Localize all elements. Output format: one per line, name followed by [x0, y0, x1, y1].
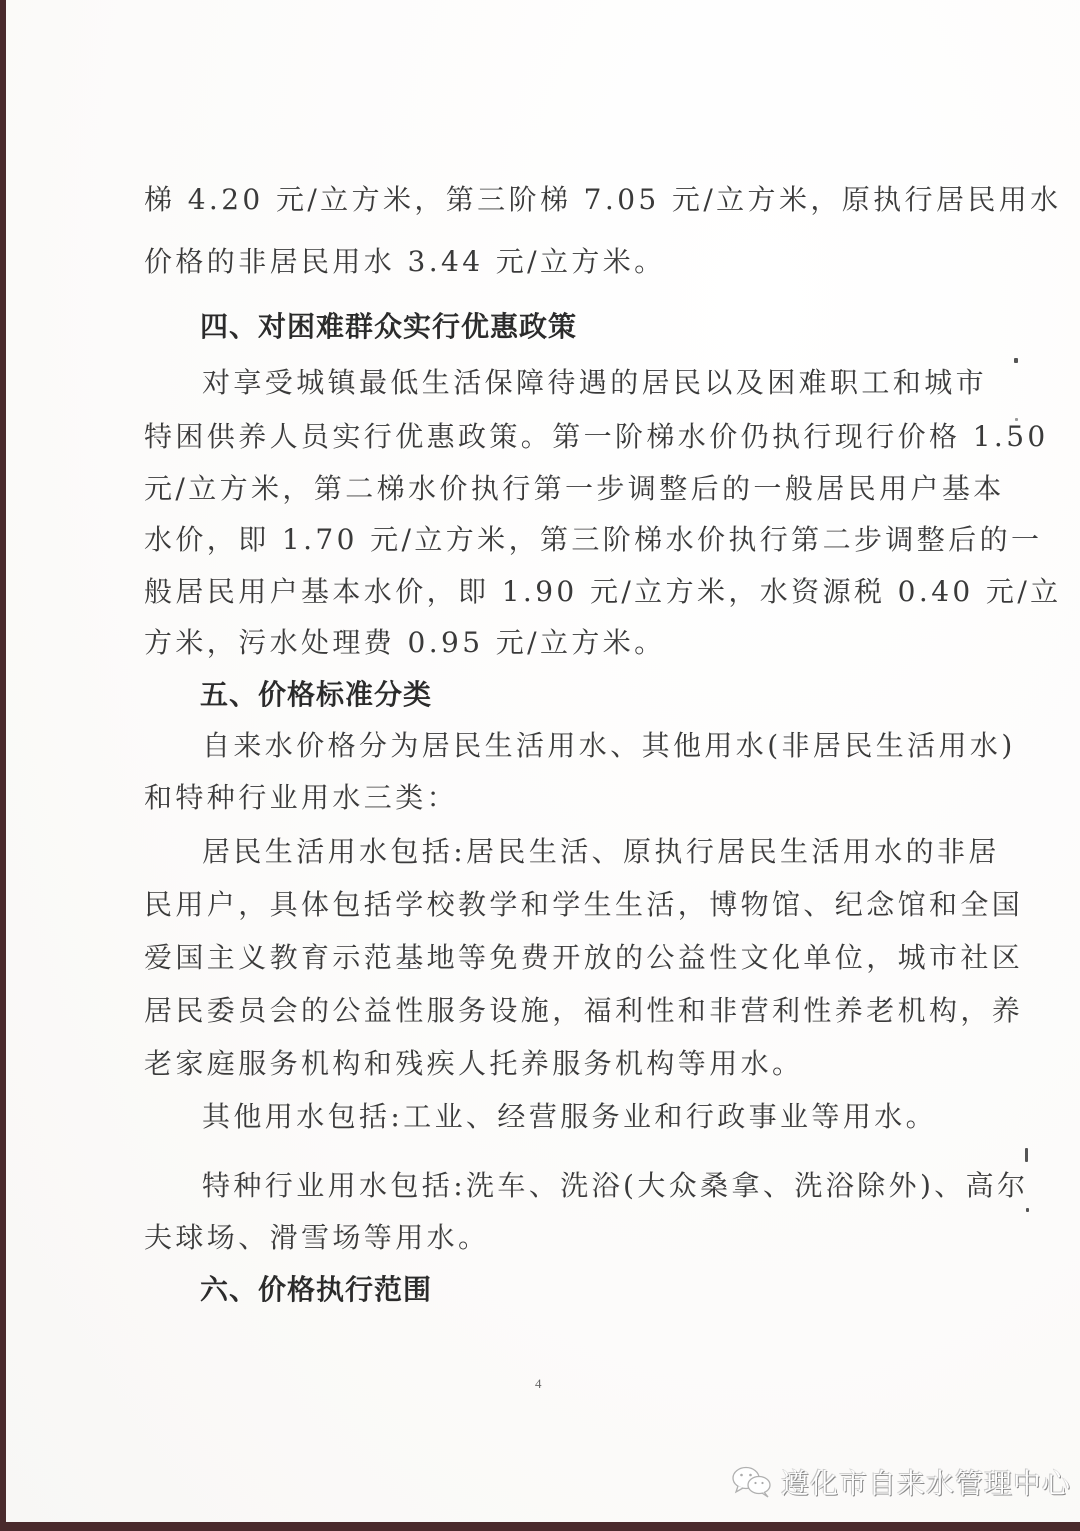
page-number: 4	[535, 1376, 542, 1392]
section-heading-5: 五、价格标准分类	[200, 680, 432, 709]
body-line: 水价，即 1.70 元/立方米，第三阶梯水价执行第二步调整后的一	[144, 525, 1042, 554]
body-line: 老家庭服务机构和残疾人托养服务机构等用水。	[144, 1049, 803, 1078]
body-line: 爱国主义教育示范基地等免费开放的公益性文化单位，城市社区	[144, 943, 1023, 972]
scan-speck	[1026, 1208, 1029, 1212]
section-heading-4: 四、对困难群众实行优惠政策	[200, 312, 577, 341]
body-line: 对享受城镇最低生活保障待遇的居民以及困难职工和城市	[202, 368, 987, 397]
body-line: 夫球场、滑雪场等用水。	[144, 1223, 489, 1252]
scan-speck	[1025, 1148, 1028, 1162]
body-line: 梯 4.20 元/立方米，第三阶梯 7.05 元/立方米，原执行居民用水	[144, 185, 1062, 214]
scan-speck	[1015, 418, 1018, 421]
body-line: 和特种行业用水三类：	[144, 783, 458, 812]
section-heading-6: 六、价格执行范围	[200, 1275, 432, 1304]
body-line: 其他用水包括:工业、经营服务业和行政事业等用水。	[202, 1102, 937, 1131]
scan-speck	[1014, 358, 1018, 363]
body-line: 民用户，具体包括学校教学和学生生活，博物馆、纪念馆和全国	[144, 890, 1023, 919]
body-line: 居民委员会的公益性服务设施，福利性和非营利性养老机构，养	[144, 996, 1023, 1025]
body-line: 特困供养人员实行优惠政策。第一阶梯水价仍执行现行价格 1.50	[144, 422, 1049, 451]
document-page: 梯 4.20 元/立方米，第三阶梯 7.05 元/立方米，原执行居民用水 价格的…	[6, 0, 1080, 1522]
account-watermark: 遵化市自来水管理中心	[731, 1462, 1071, 1502]
body-line: 居民生活用水包括:居民生活、原执行居民生活用水的非居	[202, 837, 1000, 866]
body-line: 价格的非居民用水 3.44 元/立方米。	[144, 247, 666, 276]
body-line: 自来水价格分为居民生活用水、其他用水(非居民生活用水)	[202, 731, 1016, 760]
body-line: 般居民用户基本水价，即 1.90 元/立方米，水资源税 0.40 元/立	[144, 577, 1062, 606]
watermark-text: 遵化市自来水管理中心	[781, 1462, 1071, 1502]
body-line: 特种行业用水包括:洗车、洗浴(大众桑拿、洗浴除外)、高尔	[202, 1171, 1028, 1200]
body-line: 元/立方米，第二梯水价执行第一步调整后的一般居民用户基本	[144, 474, 1005, 503]
wechat-icon	[731, 1465, 773, 1499]
body-line: 方米，污水处理费 0.95 元/立方米。	[144, 628, 666, 657]
